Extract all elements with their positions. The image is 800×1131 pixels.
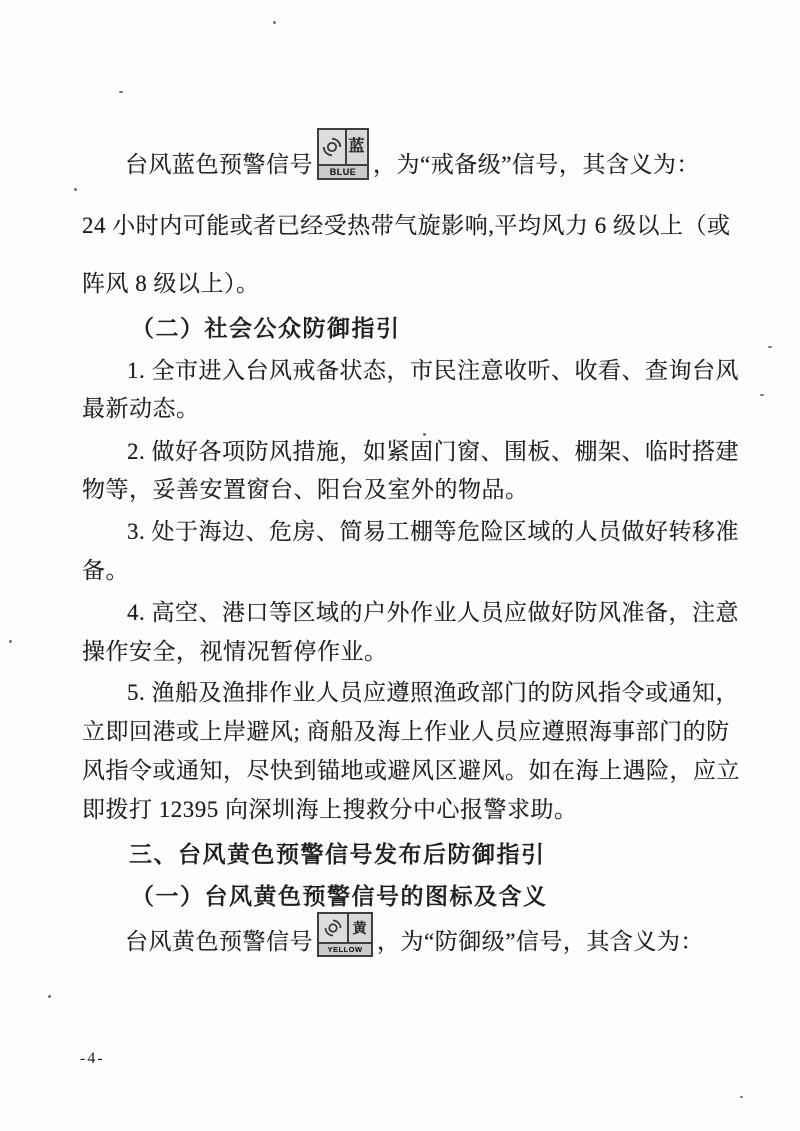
section-yellow-heading: 三、台风黄色预警信号发布后防御指引: [129, 839, 546, 869]
item-5-line-3: 风指令或通知，尽快到锚地或避风区避风。如在海上遇险，应立: [82, 756, 740, 786]
scan-speck: [273, 21, 276, 24]
section-public-guide-heading: （二）社会公众防御指引: [131, 313, 401, 343]
yellow-signal-caption: YELLOW: [319, 942, 371, 955]
item-2-line-1: 2. 做好各项防风措施，如紧固门窗、围板、棚架、临时搭建: [127, 437, 739, 467]
blue-signal-definition-line-1: 台风蓝色预警信号 蓝 BLUE ，为“戒备级”信号，其含义为：: [125, 128, 700, 180]
scan-speck: [760, 394, 764, 396]
item-5-line-2: 立即回港或上岸避风; 商船及海上作业人员应遵照海事部门的防: [82, 717, 730, 747]
typhoon-yellow-signal-icon: 黄 YELLOW: [317, 912, 373, 957]
item-4-line-1: 4. 高空、港口等区域的户外作业人员应做好防风准备，注意: [127, 598, 739, 628]
item-5-line-1: 5. 渔船及渔排作业人员应遵照渔政部门的防风指令或通知，: [127, 678, 739, 708]
document-page: 台风蓝色预警信号 蓝 BLUE ，为“戒备级”信号，其含义为： 24 小时内可能…: [0, 0, 800, 1131]
page-number: -4-: [80, 1050, 105, 1068]
scan-speck: [740, 1096, 743, 1098]
item-5-line-4: 即拨打 12395 向深圳海上搜救分中心报警求助。: [82, 795, 578, 825]
scan-speck: [74, 188, 77, 191]
scan-speck: [768, 346, 772, 348]
typhoon-blue-signal-icon: 蓝 BLUE: [317, 128, 369, 180]
blue-signal-definition-line-3: 阵风 8 级以上）。: [82, 269, 260, 299]
yellow-signal-character: 黄: [349, 914, 371, 942]
typhoon-spiral-icon: [319, 914, 349, 942]
item-1-line-1: 1. 全市进入台风戒备状态，市民注意收听、收看、查询台风: [127, 356, 739, 386]
item-1-line-2: 最新动态。: [82, 394, 200, 424]
item-3-line-2: 备。: [82, 556, 129, 586]
yellow-signal-tail-text: ，为“防御级”信号，其含义为：: [377, 927, 704, 957]
blue-signal-definition-line-2: 24 小时内可能或者已经受热带气旋影响,平均风力 6 级以上（或: [82, 211, 731, 241]
blue-icon-body: 蓝: [319, 130, 367, 164]
yellow-signal-definition-line-1: 台风黄色预警信号 黄 YELLOW ，为“防御级”信号，其含义为：: [125, 911, 704, 957]
scan-speck: [119, 91, 123, 93]
blue-signal-character: 蓝: [347, 130, 367, 164]
item-3-line-1: 3. 处于海边、危房、简易工棚等危险区域的人员做好转移准: [127, 517, 739, 547]
scan-speck: [9, 640, 12, 643]
item-2-line-2: 物等，妥善安置窗台、阳台及室外的物品。: [82, 475, 529, 505]
yellow-signal-lead-text: 台风黄色预警信号: [125, 927, 313, 957]
typhoon-spiral-icon: [319, 130, 347, 164]
blue-signal-tail-text: ，为“戒备级”信号，其含义为：: [373, 150, 700, 180]
blue-signal-lead-text: 台风蓝色预警信号: [125, 150, 313, 180]
scan-speck: [423, 433, 426, 436]
yellow-icon-body: 黄: [319, 914, 371, 942]
blue-signal-caption: BLUE: [319, 164, 367, 178]
section-yellow-sub-heading: （一）台风黄色预警信号的图标及含义: [131, 881, 548, 911]
scan-speck: [48, 995, 51, 998]
item-4-line-2: 操作安全，视情况暂停作业。: [82, 637, 388, 667]
